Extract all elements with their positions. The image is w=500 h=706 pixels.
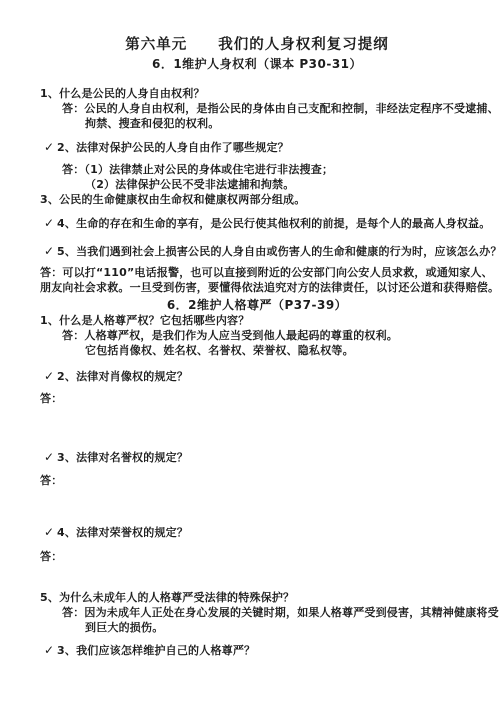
question-number: 4、 [57, 526, 76, 539]
question-line: ✓4、生命的存在和生命的享有，是公民行使其他权利的前提，是每个人的最高人身权益。 [40, 216, 474, 231]
question-text: 法律对保护公民的人身自由作了哪些规定？ [76, 141, 289, 154]
answer-line: （2）法律保护公民不受非法逮捕和拘禁。 [40, 177, 474, 192]
question-number: 3、 [57, 451, 76, 464]
question-number: 3、 [57, 644, 76, 657]
check-icon: ✓ [44, 369, 57, 384]
question-text: 法律对肖像权的规定？ [76, 370, 188, 383]
section: 6．1维护人身权利（课本 P30-31）1、什么是公民的人身自由权利？答：公民的… [40, 56, 474, 295]
question-text: 公民的生命健康权由生命权和健康权两部分组成。 [59, 193, 305, 206]
question-text: 法律对荣誉权的规定？ [76, 526, 188, 539]
answer-line: 到巨大的损伤。 [40, 620, 474, 635]
answer-line: 拘禁、搜查和侵犯的权利。 [40, 116, 474, 131]
question-line: 3、公民的生命健康权由生命权和健康权两部分组成。 [40, 192, 474, 207]
question-number: 3、 [40, 193, 59, 206]
answer-line: 答：因为未成年人正处在身心发展的关键时期，如果人格尊严受到侵害，其精神健康将受 [40, 605, 474, 620]
question-text: 生命的存在和生命的享有，是公民行使其他权利的前提，是每个人的最高人身权益。 [76, 217, 490, 230]
answer-line: 答： [40, 391, 474, 406]
question-number: 4、 [57, 217, 76, 230]
answer-line: 朋友向社会求救。一旦受到伤害，要懂得依法追究对方的法律责任，以讨还公道和获得赔偿… [40, 280, 474, 295]
question-line: ✓4、法律对荣誉权的规定？ [40, 525, 474, 540]
check-icon: ✓ [44, 244, 57, 259]
question-text: 法律对名誉权的规定？ [76, 451, 188, 464]
sections-container: 6．1维护人身权利（课本 P30-31）1、什么是公民的人身自由权利？答：公民的… [40, 56, 474, 658]
question-number: 2、 [57, 141, 76, 154]
check-icon: ✓ [44, 643, 57, 658]
answer-line: 答：可以打“110”电话报警，也可以直接到附近的公安部门向公安人员求救，或通知家… [40, 265, 474, 280]
question-text: 当我们遇到社会上损害公民的人身自由或伤害人的生命和健康的行为时，应该怎么办？ [76, 245, 500, 258]
question-text: 什么是公民的人身自由权利？ [59, 87, 205, 100]
question-line: 1、什么是公民的人身自由权利？ [40, 86, 474, 101]
answer-line: 答：人格尊严权，是我们作为人应当受到他人最起码的尊重的权利。 [40, 328, 474, 343]
answer-line: 答：公民的人身自由权利，是指公民的身体由自己支配和控制，非经法定程序不受逮捕、 [40, 101, 474, 116]
doc-title: 第六单元 我们的人身权利复习提纲 [40, 36, 474, 54]
section: 6．2维护人格尊严（P37-39）1、什么是人格尊严权？它包括哪些内容？答：人格… [40, 297, 474, 658]
section-heading: 6．2维护人格尊严（P37-39） [40, 297, 474, 313]
answer-line: 它包括肖像权、姓名权、名誉权、荣誉权、隐私权等。 [40, 343, 474, 358]
question-line: ✓3、我们应该怎样维护自己的人格尊严？ [40, 643, 474, 658]
check-icon: ✓ [44, 140, 57, 155]
question-number: 1、 [40, 314, 59, 327]
question-number: 5、 [57, 245, 76, 258]
check-icon: ✓ [44, 216, 57, 231]
check-icon: ✓ [44, 450, 57, 465]
question-number: 2、 [57, 370, 76, 383]
answer-line: 答： [40, 473, 474, 488]
document-page: 第六单元 我们的人身权利复习提纲 6．1维护人身权利（课本 P30-31）1、什… [0, 0, 500, 706]
question-text: 我们应该怎样维护自己的人格尊严？ [76, 644, 255, 657]
question-number: 5、 [40, 591, 59, 604]
question-line: 5、为什么未成年人的人格尊严受法律的特殊保护？ [40, 590, 474, 605]
answer-line: 答：（1）法律禁止对公民的身体或住宅进行非法搜查； [40, 162, 474, 177]
question-line: ✓2、法律对保护公民的人身自由作了哪些规定？ [40, 140, 474, 155]
question-text: 为什么未成年人的人格尊严受法律的特殊保护？ [59, 591, 294, 604]
question-line: ✓5、当我们遇到社会上损害公民的人身自由或伤害人的生命和健康的行为时，应该怎么办… [40, 244, 474, 259]
question-line: 1、什么是人格尊严权？它包括哪些内容？ [40, 313, 474, 328]
question-text: 什么是人格尊严权？它包括哪些内容？ [59, 314, 249, 327]
question-line: ✓2、法律对肖像权的规定？ [40, 369, 474, 384]
question-line: ✓3、法律对名誉权的规定？ [40, 450, 474, 465]
answer-line: 答： [40, 549, 474, 564]
section-heading: 6．1维护人身权利（课本 P30-31） [40, 56, 474, 72]
question-number: 1、 [40, 87, 59, 100]
check-icon: ✓ [44, 525, 57, 540]
